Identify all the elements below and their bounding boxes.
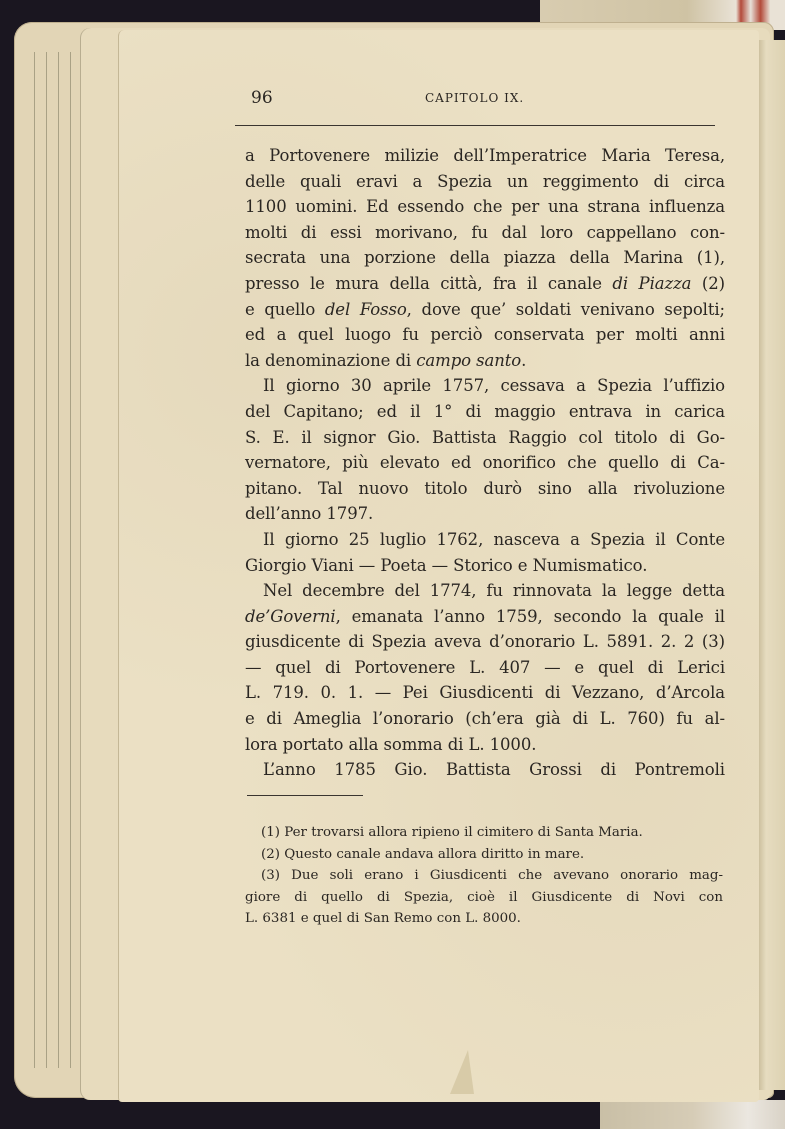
text-line: a Portovenere milizie dell’Imperatrice M… xyxy=(245,143,725,169)
paragraph-3: Il giorno 25 luglio 1762, nasceva a Spez… xyxy=(245,527,725,578)
text-line: de’Governi, emanata l’anno 1759, secondo… xyxy=(245,604,725,630)
text-line: ed a quel luogo fu perciò conservata per… xyxy=(245,322,725,348)
italic-term: campo santo xyxy=(416,351,521,370)
text-line: — quel di Portovenere L. 407 — e quel di… xyxy=(245,655,725,681)
header-rule xyxy=(235,125,715,126)
paragraph-1: a Portovenere milizie dell’Imperatrice M… xyxy=(245,143,725,373)
body-text: a Portovenere milizie dell’Imperatrice M… xyxy=(245,143,725,783)
chapter-title: CAPITOLO IX. xyxy=(425,91,524,105)
footnote-2: (2) Questo canale andava allora diritto … xyxy=(245,844,723,866)
text-line: pitano. Tal nuovo titolo durò sino alla … xyxy=(245,476,725,502)
footnote-3-cont: giore di quello di Spezia, cioè il Giusd… xyxy=(245,887,723,909)
footnotes: (1) Per trovarsi allora ripieno il cimit… xyxy=(245,822,723,930)
page-tear xyxy=(450,1050,474,1094)
running-head: 96 CAPITOLO IX. xyxy=(245,88,725,110)
italic-place-name: di Piazza xyxy=(612,274,691,293)
text-line: giusdicente di Spezia aveva d’onorario L… xyxy=(245,629,725,655)
text-run: . xyxy=(521,351,526,370)
text-line: 1100 uomini. Ed essendo che per una stra… xyxy=(245,194,725,220)
text-line: dell’anno 1797. xyxy=(245,501,725,527)
paragraph-4: Nel decembre del 1774, fu rinnovata la l… xyxy=(245,578,725,757)
italic-term: de’Governi xyxy=(245,607,336,626)
text-run: e quello xyxy=(245,300,325,319)
text-run: , dove que’ soldati venivano sepolti; xyxy=(407,300,725,319)
text-line: lora portato alla somma di L. 1000. xyxy=(245,732,725,758)
page-edge xyxy=(70,52,71,1068)
footnote-rule xyxy=(247,795,363,796)
paragraph-2: Il giorno 30 aprile 1757, cessava a Spez… xyxy=(245,373,725,527)
background-binding-bottom xyxy=(600,1100,785,1129)
text-line: Nel decembre del 1774, fu rinnovata la l… xyxy=(245,578,725,604)
text-line: L’anno 1785 Gio. Battista Grossi di Pont… xyxy=(245,757,725,783)
text-line: Giorgio Viani — Poeta — Storico e Numism… xyxy=(245,553,725,579)
text-line: vernatore, più elevato ed onorifico che … xyxy=(245,450,725,476)
page-edge xyxy=(46,52,47,1068)
text-line: secrata una porzione della piazza della … xyxy=(245,245,725,271)
text-line: Il giorno 30 aprile 1757, cessava a Spez… xyxy=(245,373,725,399)
paragraph-5: L’anno 1785 Gio. Battista Grossi di Pont… xyxy=(245,757,725,783)
text-run: , emanata l’anno 1759, secondo la quale … xyxy=(336,607,725,626)
text-line: e di Ameglia l’onorario (ch’era già di L… xyxy=(245,706,725,732)
text-line: molti di essi morivano, fu dal loro capp… xyxy=(245,220,725,246)
text-line: del Capitano; ed il 1° di maggio entrava… xyxy=(245,399,725,425)
footnote-3-end: L. 6381 e quel di San Remo con L. 8000. xyxy=(245,908,723,930)
text-line: e quello del Fosso, dove que’ soldati ve… xyxy=(245,297,725,323)
text-run: la denominazione di xyxy=(245,351,416,370)
text-line: la denominazione di campo santo. xyxy=(245,348,725,374)
text-run: presso le mura della città, fra il canal… xyxy=(245,274,612,293)
footnote-1: (1) Per trovarsi allora ripieno il cimit… xyxy=(245,822,723,844)
page-number: 96 xyxy=(251,88,273,108)
text-line: S. E. il signor Gio. Battista Raggio col… xyxy=(245,425,725,451)
italic-place-name: del Fosso xyxy=(325,300,407,319)
text-line: Il giorno 25 luglio 1762, nasceva a Spez… xyxy=(245,527,725,553)
text-line: presso le mura della città, fra il canal… xyxy=(245,271,725,297)
footnote-ref: (2) xyxy=(691,274,725,293)
text-line: L. 719. 0. 1. — Pei Giusdicenti di Vezza… xyxy=(245,680,725,706)
page-edge xyxy=(58,52,59,1068)
facing-page-edge xyxy=(758,40,785,1090)
page-edge xyxy=(34,52,35,1068)
text-line: delle quali eravi a Spezia un reggimento… xyxy=(245,169,725,195)
footnote-3: (3) Due soli erano i Giusdicenti che ave… xyxy=(245,865,723,887)
